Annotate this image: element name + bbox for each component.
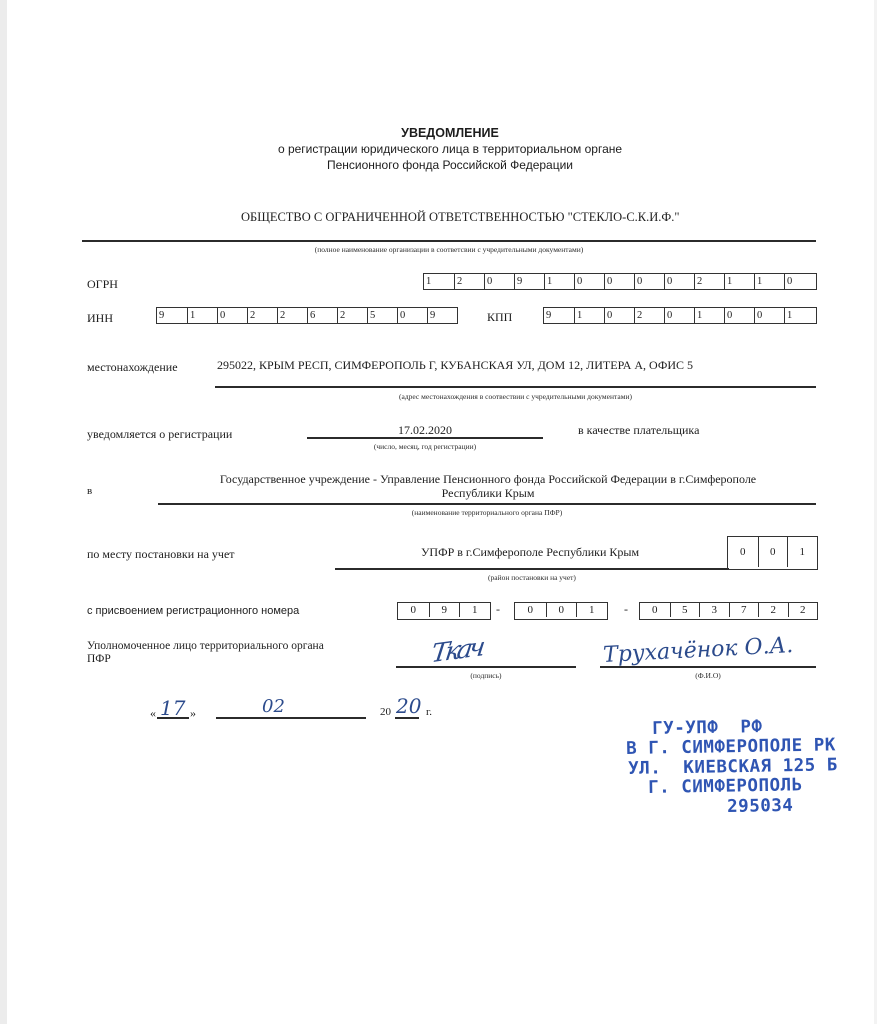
kpp-digit: 0 [724,308,754,323]
kpp-digit: 1 [574,308,604,323]
inn-digit: 9 [427,308,457,323]
kpp-boxes: 910201001 [543,307,817,324]
inn-digit: 2 [247,308,277,323]
place-code-digit: 0 [728,537,758,567]
name-rule [600,666,816,668]
inn-digit: 0 [217,308,247,323]
place-code-digit: 1 [787,537,817,567]
sign-date-month: 02 [262,696,285,717]
ogrn-digit: 1 [724,274,754,289]
date-quote-close: » [190,706,196,721]
kpp-digit: 0 [664,308,694,323]
reg-number-digit: 9 [429,603,460,617]
registration-date: 17.02.2020 [307,423,543,438]
date-quote-open: « [150,706,156,721]
reg-number-separator-2: - [624,602,628,617]
registration-rule [307,437,543,439]
reg-number-digit: 5 [670,603,700,617]
kpp-digit: 1 [784,308,814,323]
authority-caption: (наименование территориального органа ПФ… [158,508,816,517]
signature: Ткач [429,633,483,669]
organization-caption: (полное наименование организации в соотв… [82,245,816,254]
inn-digit: 6 [307,308,337,323]
stamp-line5: 295034 [727,797,794,817]
location-value: 295022, КРЫМ РЕСП, СИМФЕРОПОЛЬ Г, КУБАНС… [217,358,693,373]
reg-number-digit: 1 [459,603,490,617]
location-caption: (адрес местонахождения в соотвествии с у… [215,392,816,401]
stamp-line4: Г. СИМФЕРОПОЛЬ [648,776,803,798]
ogrn-digit: 1 [424,274,454,289]
registration-role: в качестве плательщика [578,423,699,438]
name-caption: (Ф.И.О) [600,671,816,680]
document-title: УВЕДОМЛЕНИЕ [230,126,670,141]
reg-number-digit: 0 [546,603,577,617]
sign-date-year-rule [395,717,419,719]
sign-date-year-label: г. [426,706,432,718]
signatory-label-line2: ПФР [87,653,111,665]
kpp-digit: 2 [634,308,664,323]
authority-line2: Республики Крым [160,486,816,501]
kpp-digit: 0 [754,308,784,323]
kpp-digit: 1 [694,308,724,323]
stamp-line1: ГУ-УПФ РФ [652,718,763,739]
reg-number-group-1: 091 [397,602,491,620]
ogrn-label: ОГРН [87,277,118,292]
inn-digit: 1 [187,308,217,323]
ogrn-digit: 0 [664,274,694,289]
place-value: УПФР в г.Симферополе Республики Крым [335,545,725,560]
authority-line1: Государственное учреждение - Управление … [160,472,816,487]
ogrn-digit: 0 [634,274,664,289]
reg-number-group-3: 053722 [639,602,818,620]
authority-rule [158,503,816,505]
ogrn-digit: 2 [454,274,484,289]
sign-date-year-prefix: 20 [380,706,391,718]
location-rule [215,386,816,388]
inn-digit: 5 [367,308,397,323]
document-subtitle-line1: о регистрации юридического лица в террит… [230,142,670,157]
inn-label: ИНН [87,311,113,326]
registration-caption: (число, месяц, год регистрации) [307,442,543,451]
ogrn-digit: 0 [484,274,514,289]
inn-digit: 2 [337,308,367,323]
ogrn-boxes: 1209100002110 [423,273,817,290]
reg-number-digit: 2 [788,603,818,617]
place-rule [335,568,729,570]
sign-date-year-suffix: 20 [396,694,421,718]
authority-label: в [87,485,92,497]
ogrn-digit: 1 [544,274,574,289]
place-label: по месту постановки на учет [87,547,235,562]
location-label: местонахождение [87,360,178,375]
inn-boxes: 9102262509 [156,307,458,324]
place-caption: (район постановки на учет) [335,573,729,582]
signatory-name-handwritten: Трухачёнок О.А. [602,633,793,668]
ogrn-digit: 0 [784,274,814,289]
inn-digit: 2 [277,308,307,323]
reg-number-label: с присвоением регистрационного номера [87,605,299,617]
ogrn-digit: 0 [604,274,634,289]
signature-caption: (подпись) [396,671,576,680]
kpp-label: КПП [487,310,512,325]
sign-date-day-rule [157,717,189,719]
ogrn-digit: 0 [574,274,604,289]
reg-number-digit: 0 [640,603,670,617]
ogrn-digit: 1 [754,274,784,289]
ogrn-digit: 2 [694,274,724,289]
signatory-label-line1: Уполномоченное лицо территориального орг… [87,640,324,652]
reg-number-separator-1: - [496,602,500,617]
registration-label: уведомляется о регистрации [87,427,232,442]
document-subtitle-line2: Пенсионного фонда Российской Федерации [230,158,670,173]
sign-date-month-rule [216,717,366,719]
kpp-digit: 9 [544,308,574,323]
reg-number-group-2: 001 [514,602,608,620]
kpp-digit: 0 [604,308,634,323]
reg-number-digit: 2 [758,603,788,617]
organization-name: ОБЩЕСТВО С ОГРАНИЧЕННОЙ ОТВЕТСТВЕННОСТЬЮ… [241,210,680,225]
ogrn-digit: 9 [514,274,544,289]
reg-number-digit: 1 [576,603,607,617]
page-edge-left [0,0,7,1024]
reg-number-digit: 7 [729,603,759,617]
reg-number-digit: 3 [699,603,729,617]
signature-rule [396,666,576,668]
reg-number-digit: 0 [398,603,429,617]
place-code-boxes: 001 [727,536,818,570]
inn-digit: 9 [157,308,187,323]
organization-rule [82,240,816,242]
reg-number-digit: 0 [515,603,546,617]
place-code-digit: 0 [758,537,788,567]
inn-digit: 0 [397,308,427,323]
